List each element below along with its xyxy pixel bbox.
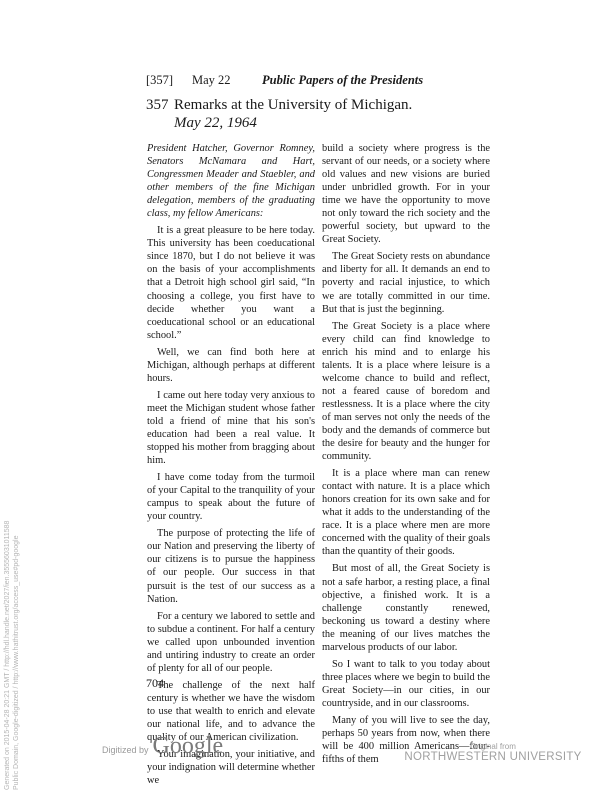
running-head: [357]May 22Public Papers of the Presiden…: [146, 73, 423, 88]
paragraph: So I want to talk to you today about thr…: [322, 658, 490, 710]
paragraph: The Great Society is a place where every…: [322, 320, 490, 464]
paragraph: I came out here today very anxious to me…: [147, 389, 315, 467]
original-from-label: Original from: [388, 742, 598, 751]
paragraph: I have come today from the turmoil of yo…: [147, 471, 315, 523]
paragraph: Well, we can find both here at Michigan,…: [147, 346, 315, 385]
page-number: 704: [146, 676, 164, 691]
document-date: May 22, 1964: [146, 114, 412, 132]
paragraph: For a century we labored to settle and t…: [147, 610, 315, 675]
digitized-by-label: Digitized by: [102, 745, 149, 755]
rights-margin-note: Public Domain, Google-digitized / http:/…: [13, 536, 20, 790]
running-head-title: Public Papers of the Presidents: [262, 73, 423, 87]
paragraph: The purpose of protecting the life of ou…: [147, 527, 315, 605]
paragraph: It is a great pleasure to be here today.…: [147, 224, 315, 341]
paragraph: The Great Society rests on abundance and…: [322, 250, 490, 315]
running-head-number: [357]: [146, 73, 192, 88]
generated-margin-note: Generated on 2015-04-28 20:21 GMT / http…: [4, 521, 11, 790]
paragraph: But most of all, the Great Society is no…: [322, 562, 490, 653]
salutation: President Hatcher, Governor Romney, Sena…: [147, 142, 315, 220]
google-logo: Google: [153, 733, 224, 759]
document-heading: 357Remarks at the University of Michigan…: [146, 96, 412, 132]
digitized-by-google-watermark: Digitized byGoogle: [102, 733, 223, 760]
original-from-watermark: Original from NORTHWESTERN UNIVERSITY: [388, 742, 598, 763]
paragraph: It is a place where man can renew contac…: [322, 467, 490, 558]
university-label: NORTHWESTERN UNIVERSITY: [388, 751, 598, 763]
right-column: build a society where progress is the se…: [322, 142, 490, 770]
running-head-date: May 22: [192, 73, 262, 88]
paragraph: build a society where progress is the se…: [322, 142, 490, 246]
document-title: Remarks at the University of Michigan.: [174, 97, 412, 113]
document-number: 357: [146, 96, 174, 114]
left-column: President Hatcher, Governor Romney, Sena…: [147, 142, 315, 791]
